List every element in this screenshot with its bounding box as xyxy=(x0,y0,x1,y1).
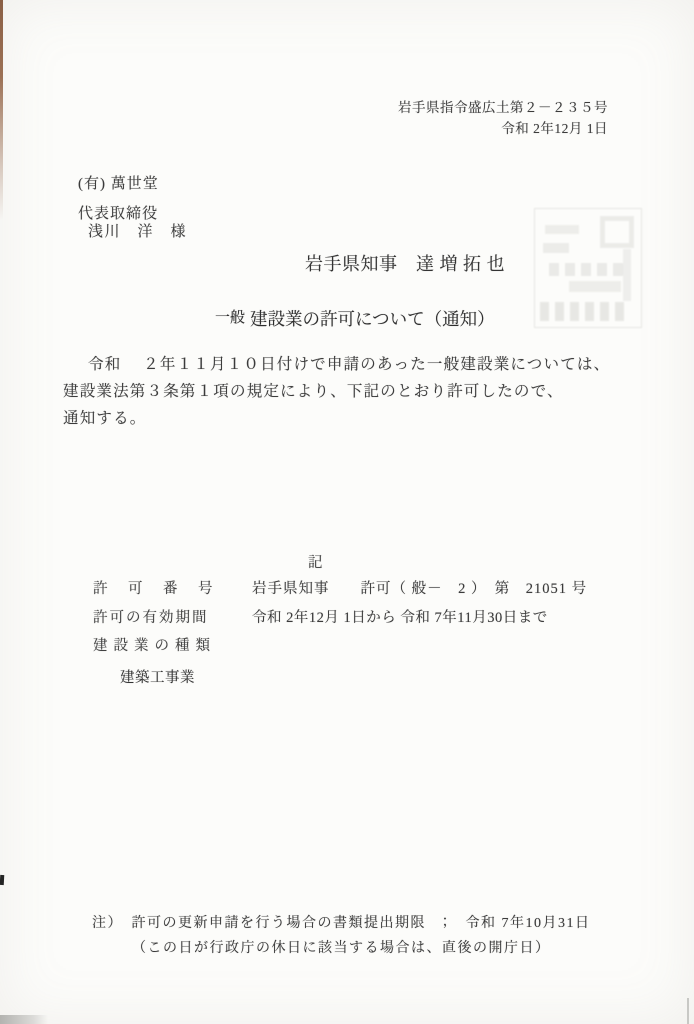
issue-date: 令和 2年12月 1日 xyxy=(501,117,608,137)
scan-shadow-bottom-left xyxy=(0,1015,48,1024)
stamp-pattern xyxy=(623,249,631,301)
validity-period-label: 許可の有効期間 xyxy=(93,606,209,627)
scan-mark-left-edge xyxy=(0,875,4,885)
stamp-pattern xyxy=(540,302,628,321)
stamp-pattern xyxy=(549,263,623,276)
permit-number-label: 許 可 番 号 xyxy=(93,577,216,598)
validity-period-value: 令和 2年12月 1日から 令和 7年11月30日まで xyxy=(252,606,548,627)
title-prefix: 一般 xyxy=(215,310,245,326)
recipient-company: (有) 萬世堂 xyxy=(78,172,159,193)
note-line-2: （この日が行政庁の休日に該当する場合は、直後の開庁日） xyxy=(132,937,551,957)
page-title: 一般建設業の許可について（通知） xyxy=(215,306,495,331)
business-type-label: 建設業の種類 xyxy=(93,634,216,655)
stamp-pattern xyxy=(545,225,579,234)
scan-edge-artifact-left xyxy=(0,0,3,220)
official-seal-stamp-icon xyxy=(534,208,642,328)
doc-number: 岩手県指令盛広土第２－２３５号 xyxy=(398,96,608,116)
body-line-3: 通知する。 xyxy=(63,406,147,428)
details-heading: 記 xyxy=(308,551,324,572)
scan-line-bottom-right xyxy=(687,998,689,1024)
governor-signature: 岩手県知事 達 増 拓 也 xyxy=(305,250,505,276)
stamp-pattern xyxy=(543,243,569,253)
scanned-permit-document: 岩手県指令盛広土第２－２３５号 令和 2年12月 1日 (有) 萬世堂 代表取締… xyxy=(0,0,694,1024)
body-line-2: 建設業法第３条第１項の規定により、下記のとおり許可したので、 xyxy=(63,379,564,401)
stamp-pattern xyxy=(569,281,621,292)
business-type-value: 建築工事業 xyxy=(120,666,195,687)
stamp-pattern xyxy=(600,216,634,248)
title-main: 建設業の許可について（通知） xyxy=(250,309,495,329)
body-line-1: 令和 ２年１１月１０日付けで申請のあった一般建設業については、 xyxy=(88,352,610,374)
permit-number-value: 岩手県知事 許可（ 般－ 2 ） 第 21051 号 xyxy=(252,577,587,598)
recipient-name: 浅川 洋 様 xyxy=(88,220,187,241)
note-line-1: 注） 許可の更新申請を行う場合の書類提出期限 ； 令和 7年10月31日 xyxy=(92,912,591,932)
